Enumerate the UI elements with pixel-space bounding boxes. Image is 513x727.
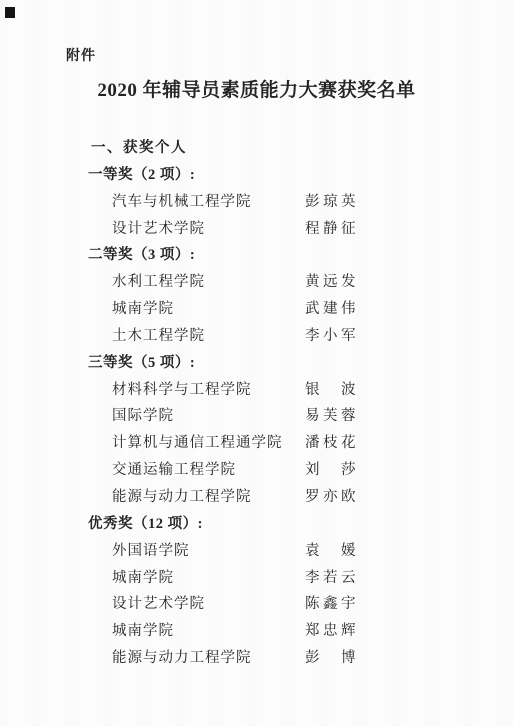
name-cell: 郑忠辉 [305,618,359,645]
winner-row: 汽车与机械工程学院 彭琼英 [112,189,513,216]
name-cell: 彭 博 [305,645,359,672]
group-heading: 三等奖（5 项）: [88,350,513,377]
name-cell: 彭琼英 [305,189,359,216]
winner-row: 材料科学与工程学院 银 波 [112,377,513,404]
winner-row: 国际学院 易芙蓉 [112,403,513,430]
name-cell: 潘枝花 [305,430,359,457]
scanned-document-page: 附件 2020 年辅导员素质能力大赛获奖名单 一、获奖个人 一等奖（2 项）: … [0,0,513,727]
name-cell: 李若云 [305,565,359,592]
attachment-label: 附件 [0,0,513,67]
institution-cell: 设计艺术学院 [112,216,305,243]
institution-cell: 汽车与机械工程学院 [112,189,305,216]
winner-row: 城南学院 武建伟 [112,296,513,323]
name-cell: 李小军 [305,323,359,350]
name-cell: 黄远发 [305,269,359,296]
institution-cell: 计算机与通信工程通学院 [112,430,305,457]
winner-row: 设计艺术学院 陈鑫宇 [112,591,513,618]
name-cell: 袁 媛 [305,538,359,565]
institution-cell: 城南学院 [112,296,305,323]
name-cell: 罗亦欧 [305,484,359,511]
group-heading: 二等奖（3 项）: [88,242,513,269]
institution-cell: 城南学院 [112,565,305,592]
group-heading: 一等奖（2 项）: [88,162,513,189]
institution-cell: 外国语学院 [112,538,305,565]
institution-cell: 能源与动力工程学院 [112,645,305,672]
institution-cell: 土木工程学院 [112,323,305,350]
winner-row: 土木工程学院 李小军 [112,323,513,350]
award-group-first-prize: 一等奖（2 项）: 汽车与机械工程学院 彭琼英 设计艺术学院 程静征 [0,162,513,243]
scan-corner-artifact [5,7,15,18]
section-heading-individual-awards: 一、获奖个人 [91,135,513,162]
award-group-third-prize: 三等奖（5 项）: 材料科学与工程学院 银 波 国际学院 易芙蓉 计算机与通信工… [0,350,513,511]
award-group-second-prize: 二等奖（3 项）: 水利工程学院 黄远发 城南学院 武建伟 土木工程学院 李小军 [0,242,513,349]
winner-row: 水利工程学院 黄远发 [112,269,513,296]
institution-cell: 国际学院 [112,403,305,430]
name-cell: 刘 莎 [305,457,359,484]
winner-row: 城南学院 郑忠辉 [112,618,513,645]
name-cell: 陈鑫宇 [305,591,359,618]
name-cell: 银 波 [305,377,359,404]
institution-cell: 设计艺术学院 [112,591,305,618]
winner-row: 计算机与通信工程通学院 潘枝花 [112,430,513,457]
winner-row: 能源与动力工程学院 罗亦欧 [112,484,513,511]
institution-cell: 交通运输工程学院 [112,457,305,484]
winner-row: 能源与动力工程学院 彭 博 [112,645,513,672]
winner-row: 城南学院 李若云 [112,565,513,592]
winner-row: 交通运输工程学院 刘 莎 [112,457,513,484]
winner-row: 设计艺术学院 程静征 [112,216,513,243]
winner-row: 外国语学院 袁 媛 [112,538,513,565]
institution-cell: 材料科学与工程学院 [112,377,305,404]
page-title: 2020 年辅导员素质能力大赛获奖名单 [0,77,513,105]
institution-cell: 水利工程学院 [112,269,305,296]
award-group-excellence-prize: 优秀奖（12 项）: 外国语学院 袁 媛 城南学院 李若云 设计艺术学院 陈鑫宇… [0,511,513,672]
group-heading: 优秀奖（12 项）: [88,511,513,538]
name-cell: 程静征 [305,216,359,243]
institution-cell: 能源与动力工程学院 [112,484,305,511]
name-cell: 易芙蓉 [305,403,359,430]
name-cell: 武建伟 [305,296,359,323]
award-list: 一、获奖个人 一等奖（2 项）: 汽车与机械工程学院 彭琼英 设计艺术学院 程静… [0,135,513,672]
institution-cell: 城南学院 [112,618,305,645]
